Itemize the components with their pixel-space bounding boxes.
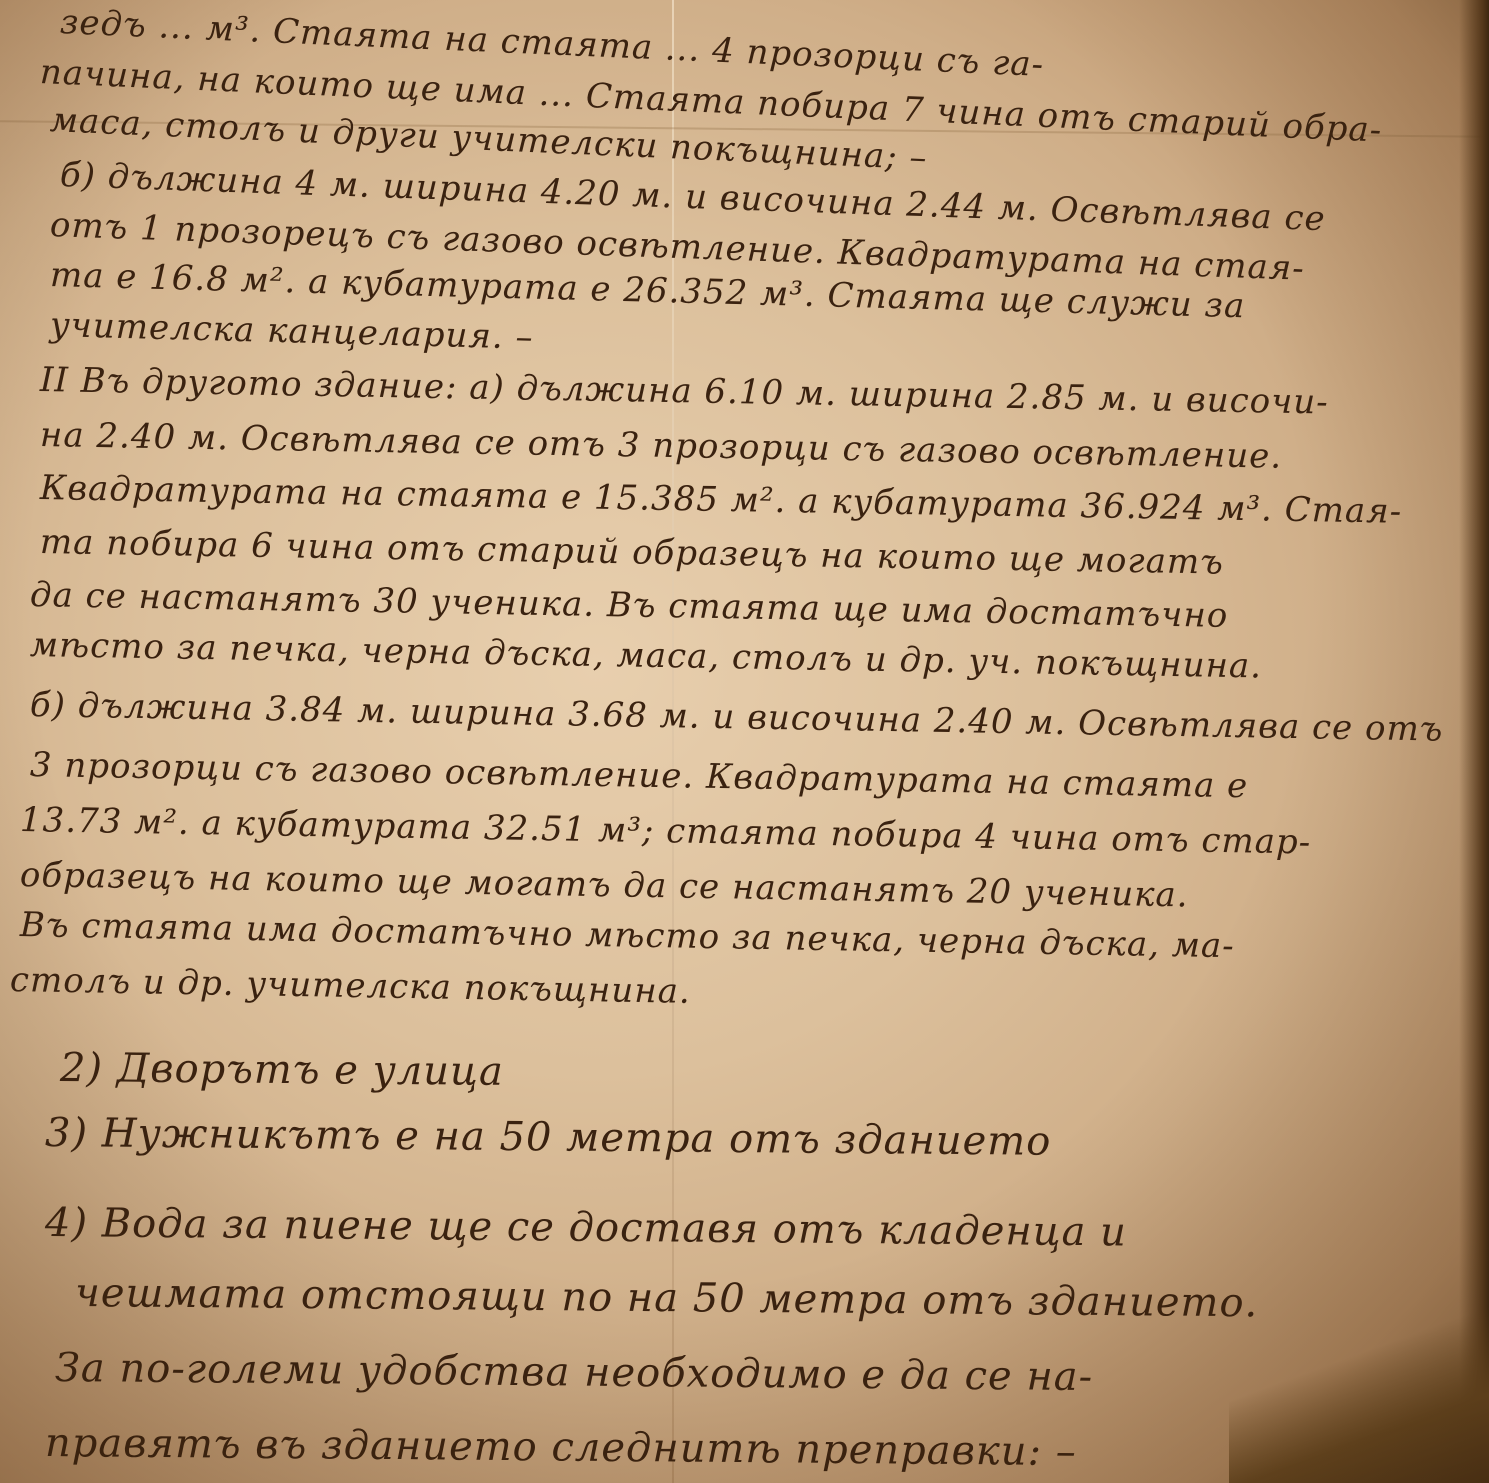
text-line: на 2.40 м. Освѣтлява се отъ 3 прозорци с…	[40, 415, 1283, 477]
text-line: Квадратурата на стаята е 15.385 м². а ку…	[40, 468, 1403, 532]
numbered-item-4: 4) Вода за пиене ще се доставя отъ кладе…	[45, 1200, 1127, 1255]
paper-edge	[1459, 0, 1489, 1483]
text-line: образецъ на които ще могатъ да се настан…	[20, 855, 1189, 915]
text-line: Въ стаята има достатъчно мѣсто за печка,…	[20, 905, 1235, 966]
section-heading-line: II Въ другото здание: а) дължина 6.10 м.…	[40, 360, 1329, 422]
numbered-item-3: 3) Нужникътъ е на 50 метра отъ зданието	[45, 1110, 1052, 1165]
closing-paragraph-line: правятъ въ зданието следнитѣ преправки: …	[45, 1420, 1077, 1475]
text-line: учителска канцелария. –	[49, 305, 534, 358]
paper-fold-vertical	[672, 0, 674, 1483]
text-line: б) дължина 3.84 м. ширина 3.68 м. и висо…	[30, 685, 1444, 750]
text-line: та побира 6 чина отъ старий образецъ на …	[40, 522, 1225, 583]
text-line: чешмата отстоящи по на 50 метра отъ здан…	[75, 1270, 1259, 1326]
table-surface-shadow	[1229, 1283, 1489, 1483]
numbered-item-2: 2) Дворътъ е улица	[60, 1045, 504, 1095]
text-line: 3 прозорци съ газово освѣтление. Квадрат…	[30, 745, 1249, 806]
document-photo: зедъ ... м³. Стаята на стаята ... 4 проз…	[0, 0, 1489, 1483]
text-line: да се настанятъ 30 ученика. Въ стаята ще…	[30, 575, 1229, 636]
text-line: мѣсто за печка, черна дъска, маса, столъ…	[30, 625, 1263, 686]
closing-paragraph-line: За по-големи удобства необходимо е да се…	[55, 1345, 1094, 1400]
text-line: 13.73 м². а кубатурата 32.51 м³; стаята …	[20, 800, 1312, 863]
text-line: столъ и др. учителска покъщнина.	[10, 960, 691, 1012]
